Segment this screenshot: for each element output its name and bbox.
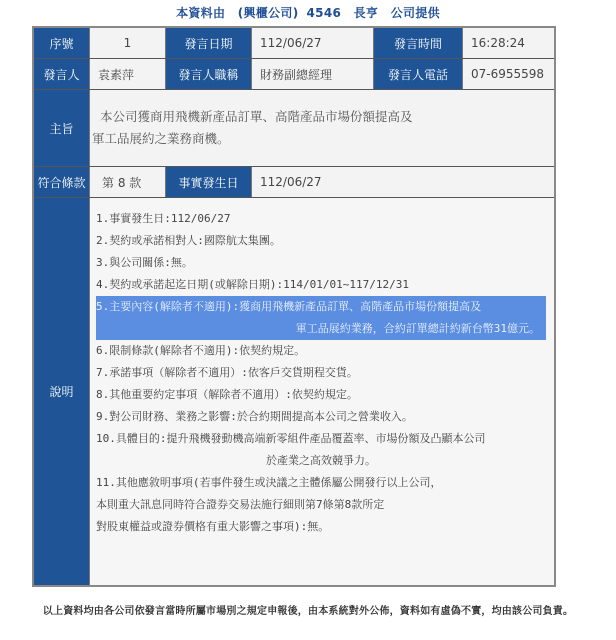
date-value: 112/06/27 (252, 28, 374, 58)
header-company-name: 長亨 (354, 6, 379, 20)
seq-label: 序號 (34, 28, 90, 58)
time-value: 16:28:24 (463, 28, 554, 58)
desc-line-3: 3.與公司關係:無。 (96, 252, 193, 274)
subject-label: 主旨 (34, 90, 90, 166)
speaker-title-label: 發言人職稱 (166, 59, 252, 89)
speaker-phone-label: 發言人電話 (374, 59, 463, 89)
desc-line-6: 6.限制條款(解除者不適用):依契約規定。 (96, 340, 305, 362)
desc-line-5-selected: 5.主要內容(解除者不適用):獲商用飛機新產品訂單、高階產品市場份額提高及 (96, 296, 546, 318)
speaker-phone-value: 07-6955598 (463, 59, 554, 89)
desc-line-10: 10.具體目的:提升飛機發動機高端新零組件產品覆蓋率、市場份額及凸顯本公司 (96, 428, 486, 450)
desc-line-7: 7.承諾事項（解除者不適用）:依客戶交貨期程交貨。 (96, 362, 358, 384)
speaker-title-value: 財務副總經理 (252, 59, 374, 89)
announcement-table: 序號 1 發言日期 112/06/27 發言時間 16:28:24 發言人 袁素… (32, 26, 556, 587)
desc-line-1: 1.事實發生日:112/06/27 (96, 208, 230, 230)
fact-date-value: 112/06/27 (252, 167, 554, 197)
header-suffix: 公司提供 (391, 6, 440, 20)
subject-row: 主旨 本公司獲商用飛機新產品訂單、高階產品市場份額提高及 軍工品展約之業務商機。 (34, 90, 554, 167)
clause-label: 符合條款 (34, 167, 90, 197)
subject-value: 本公司獲商用飛機新產品訂單、高階產品市場份額提高及 軍工品展約之業務商機。 (90, 90, 554, 166)
desc-line-5b-selected: 軍工品展約業務，合約訂單總計約新台幣31億元。 (96, 318, 546, 340)
table-row-1: 序號 1 發言日期 112/06/27 發言時間 16:28:24 (34, 28, 554, 59)
header-prefix: 本資料由 (176, 6, 225, 20)
speaker-label: 發言人 (34, 59, 90, 89)
page-header: 本資料由 (興櫃公司)4546 長亨 公司提供 (0, 4, 616, 21)
header-company-type: (興櫃公司) (238, 6, 299, 20)
time-label: 發言時間 (374, 28, 463, 58)
description-label: 說明 (34, 198, 90, 585)
table-row-2: 發言人 袁素萍 發言人職稱 財務副總經理 發言人電話 07-6955598 (34, 59, 554, 90)
subject-line-1: 本公司獲商用飛機新產品訂單、高階產品市場份額提高及 (92, 106, 413, 128)
description-row: 說明 1.事實發生日:112/06/27 2.契約或承諾相對人:國際航太集團。 … (34, 198, 554, 585)
desc-line-11b: 本則重大訊息同時符合證券交易法施行細則第7條第8款所定 (96, 494, 384, 516)
clause-row: 符合條款 第 8 款 事實發生日 112/06/27 (34, 167, 554, 198)
seq-value: 1 (90, 28, 166, 58)
desc-line-4: 4.契約或承諾起迄日期(或解除日期):114/01/01~117/12/31 (96, 274, 409, 296)
desc-line-8: 8.其他重要約定事項（解除者不適用）:依契約規定。 (96, 384, 358, 406)
subject-line-2: 軍工品展約之業務商機。 (92, 128, 413, 150)
header-code: 4546 (307, 6, 342, 20)
date-label: 發言日期 (166, 28, 252, 58)
clause-value: 第 8 款 (90, 167, 166, 197)
description-value[interactable]: 1.事實發生日:112/06/27 2.契約或承諾相對人:國際航太集團。 3.與… (90, 198, 554, 585)
desc-line-11: 11.其他應敘明事項(若事件發生或決議之主體係屬公開發行以上公司， (96, 472, 442, 494)
desc-line-9: 9.對公司財務、業務之影響:於合約期間提高本公司之營業收入。 (96, 406, 413, 428)
disclaimer-footer: 以上資料均由各公司依發言當時所屬市場別之規定申報後，由本系統對外公佈，資料如有虛… (0, 602, 616, 617)
speaker-value: 袁素萍 (90, 59, 166, 89)
desc-line-10b: 於產業之高效競爭力。 (96, 450, 546, 472)
desc-line-11c: 對股東權益或證券價格有重大影響之事項):無。 (96, 516, 329, 538)
desc-line-2: 2.契約或承諾相對人:國際航太集團。 (96, 230, 281, 252)
fact-date-label: 事實發生日 (166, 167, 252, 197)
